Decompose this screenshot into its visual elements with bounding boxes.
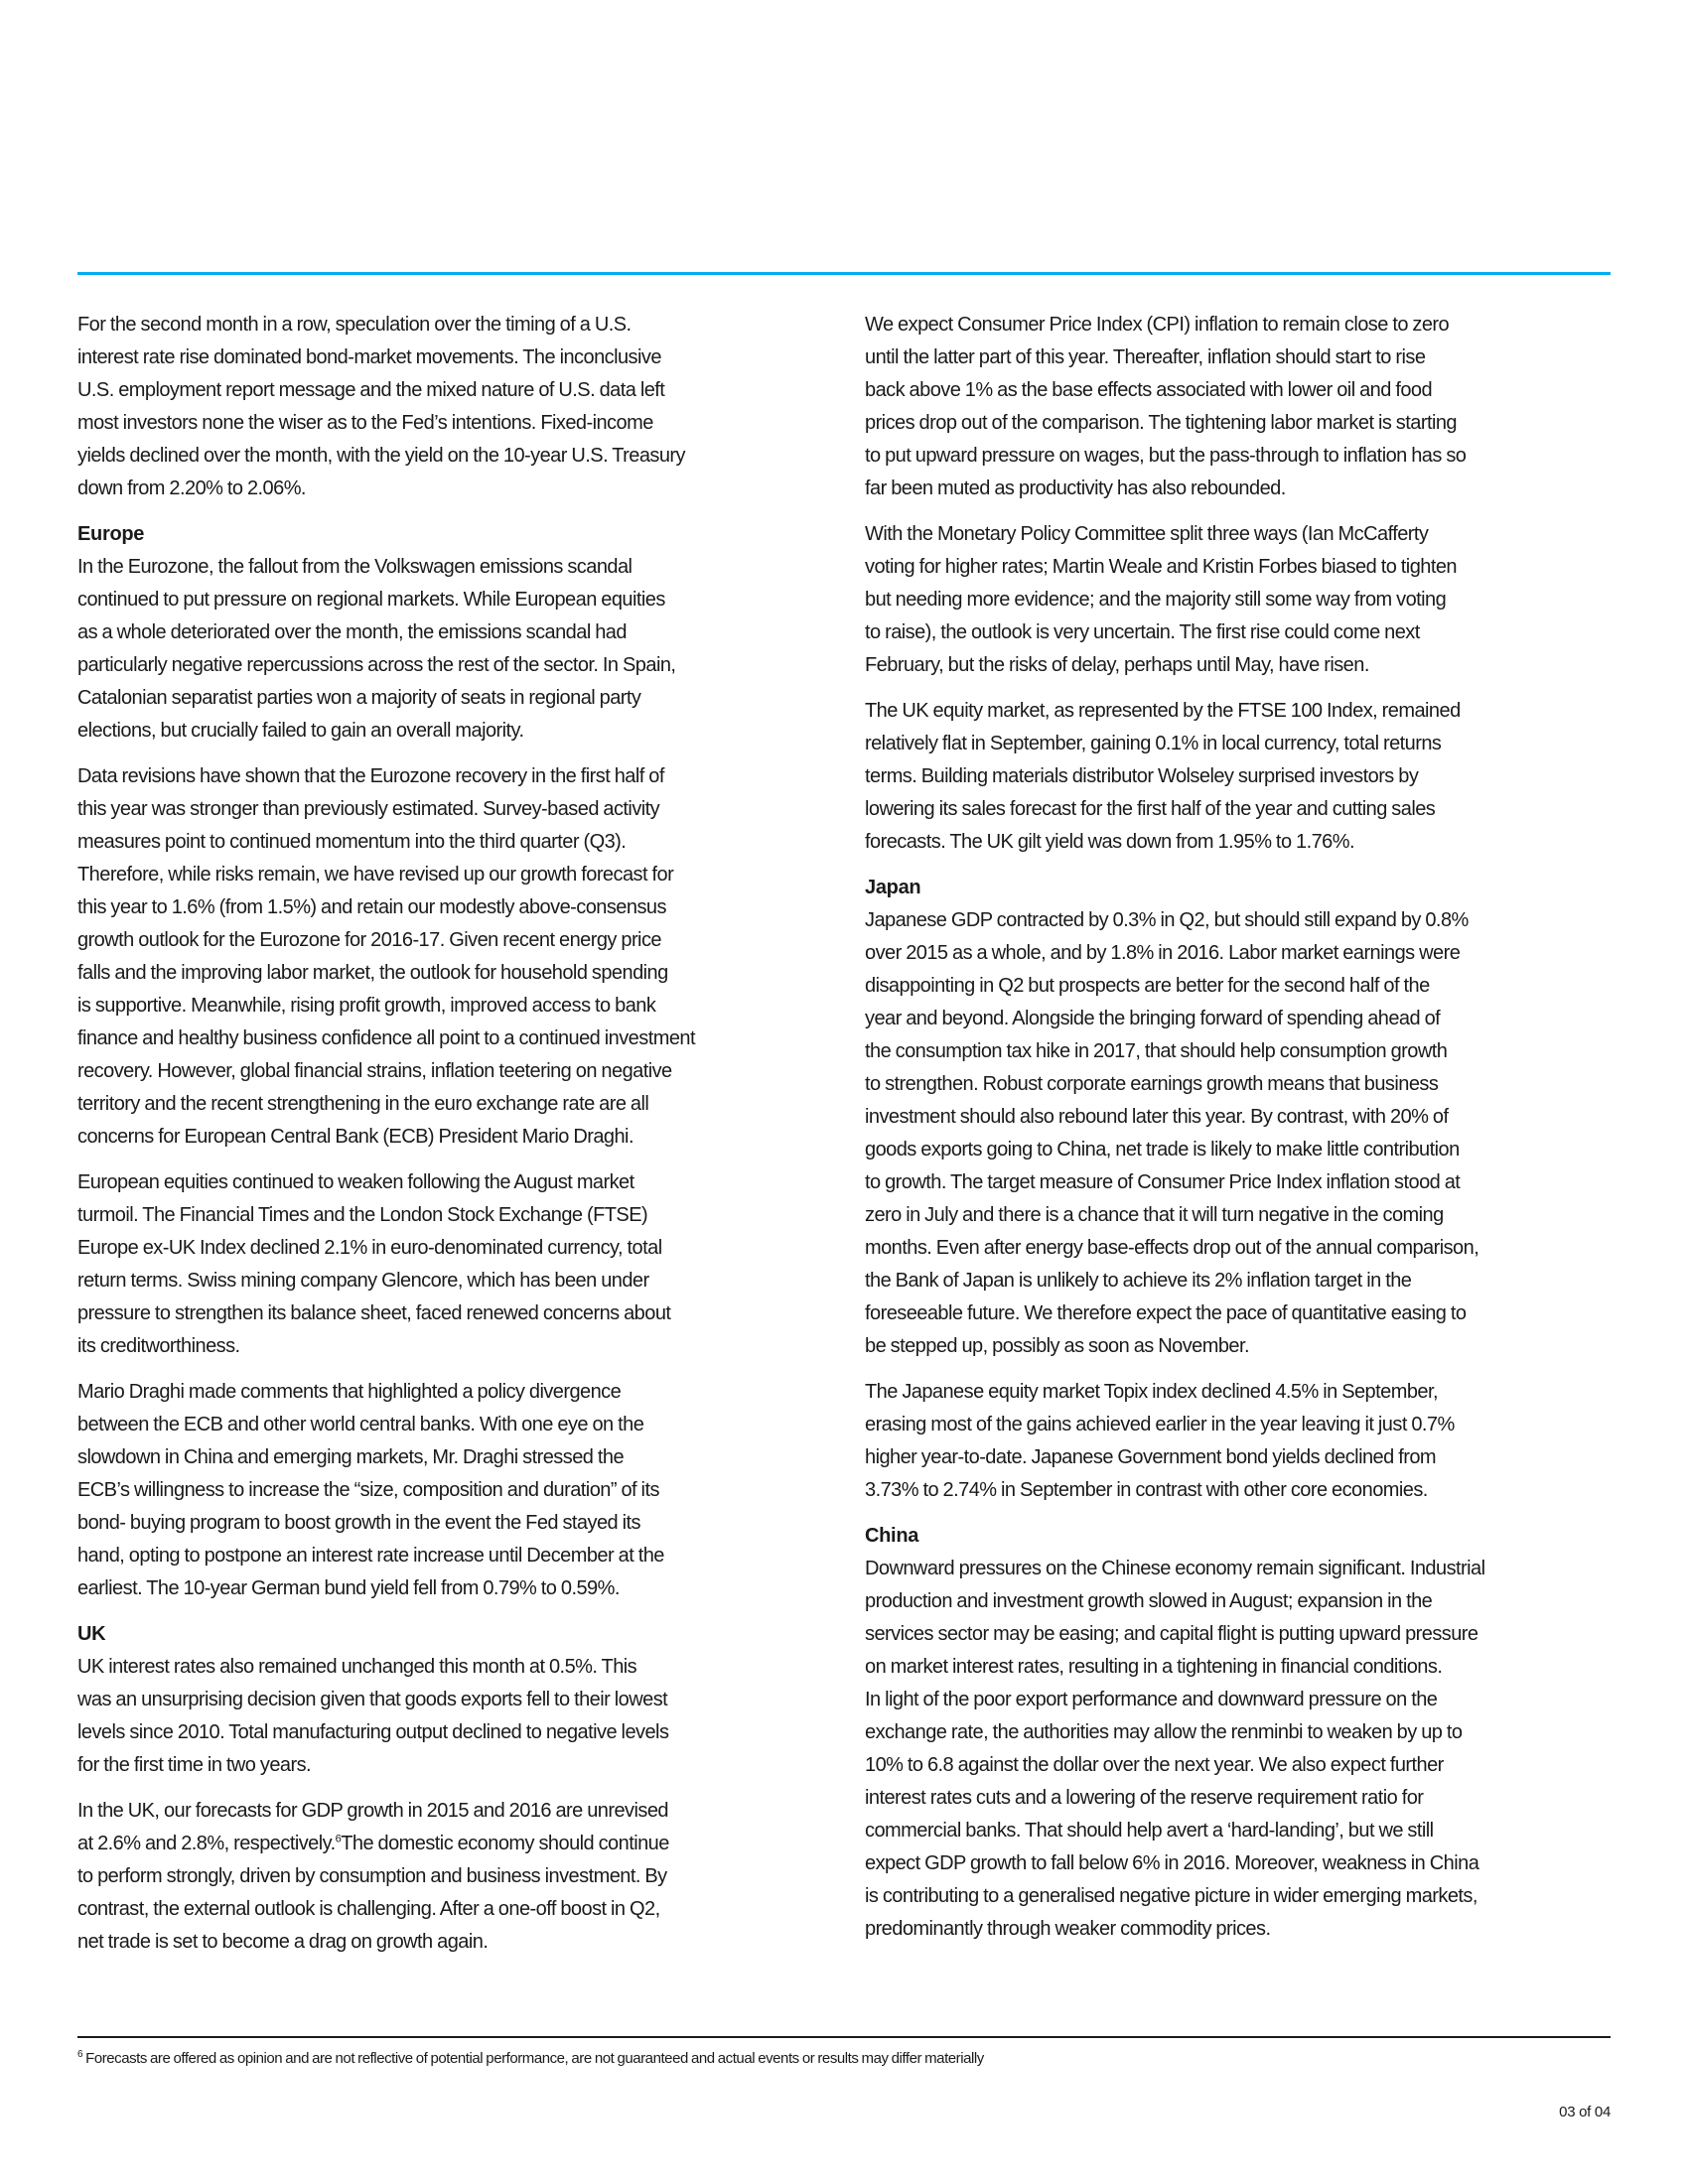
text-line: turmoil. The Financial Times and the Lon… xyxy=(77,1199,824,1232)
europe-paragraph-2: Data revisions have shown that the Euroz… xyxy=(77,760,824,1154)
footnote-divider xyxy=(77,2036,1611,2038)
text-line: for the first time in two years. xyxy=(77,1749,824,1782)
text-line: is supportive. Meanwhile, rising profit … xyxy=(77,990,824,1023)
intro-paragraph: For the second month in a row, speculati… xyxy=(77,309,824,505)
text-line: In light of the poor export performance … xyxy=(865,1684,1612,1716)
uk-paragraph-2: In the UK, our forecasts for GDP growth … xyxy=(77,1795,824,1959)
text-line: continued to put pressure on regional ma… xyxy=(77,584,824,616)
text-line: exchange rate, the authorities may allow… xyxy=(865,1716,1612,1749)
section-heading-japan: Japan xyxy=(865,872,1612,904)
text-line: hand, opting to postpone an interest rat… xyxy=(77,1540,824,1572)
uk-paragraph-1: UK interest rates also remained unchange… xyxy=(77,1651,824,1782)
europe-paragraph-3: European equities continued to weaken fo… xyxy=(77,1166,824,1363)
text-line: the consumption tax hike in 2017, that s… xyxy=(865,1035,1612,1068)
text-line: particularly negative repercussions acro… xyxy=(77,649,824,682)
text-line: February, but the risks of delay, perhap… xyxy=(865,649,1612,682)
text-line: to put upward pressure on wages, but the… xyxy=(865,440,1612,473)
text-line: The Japanese equity market Topix index d… xyxy=(865,1376,1612,1409)
footnote: 6Forecasts are offered as opinion and ar… xyxy=(77,2049,984,2069)
text-line: ECB’s willingness to increase the “size,… xyxy=(77,1474,824,1507)
right-column: We expect Consumer Price Index (CPI) inf… xyxy=(865,309,1612,1959)
text-line: We expect Consumer Price Index (CPI) inf… xyxy=(865,309,1612,341)
text-line: Downward pressures on the Chinese econom… xyxy=(865,1553,1612,1585)
text-line: year and beyond. Alongside the bringing … xyxy=(865,1003,1612,1035)
text-line: down from 2.20% to 2.06%. xyxy=(77,473,824,505)
text-line: its creditworthiness. xyxy=(77,1330,824,1363)
text-line: concerns for European Central Bank (ECB)… xyxy=(77,1121,824,1154)
text-line: but needing more evidence; and the major… xyxy=(865,584,1612,616)
japan-paragraph-1: Japanese GDP contracted by 0.3% in Q2, b… xyxy=(865,904,1612,1363)
text-line: services sector may be easing; and capit… xyxy=(865,1618,1612,1651)
text-line: foreseeable future. We therefore expect … xyxy=(865,1297,1612,1330)
text-line: expect GDP growth to fall below 6% in 20… xyxy=(865,1847,1612,1880)
text-line: lowering its sales forecast for the firs… xyxy=(865,793,1612,826)
text-line: earliest. The 10-year German bund yield … xyxy=(77,1572,824,1605)
europe-paragraph-1: In the Eurozone, the fallout from the Vo… xyxy=(77,551,824,748)
text-line: For the second month in a row, speculati… xyxy=(77,309,824,341)
text-line: on market interest rates, resulting in a… xyxy=(865,1651,1612,1684)
header-accent-rule xyxy=(77,272,1611,275)
text-line: Catalonian separatist parties won a majo… xyxy=(77,682,824,715)
text-line: 3.73% to 2.74% in September in contrast … xyxy=(865,1474,1612,1507)
text-line: commercial banks. That should help avert… xyxy=(865,1815,1612,1847)
japan-paragraph-2: The Japanese equity market Topix index d… xyxy=(865,1376,1612,1507)
text-line: Europe ex-UK Index declined 2.1% in euro… xyxy=(77,1232,824,1265)
uk-paragraph-4: With the Monetary Policy Committee split… xyxy=(865,518,1612,682)
text-line: terms. Building materials distributor Wo… xyxy=(865,760,1612,793)
text-line: most investors none the wiser as to the … xyxy=(77,407,824,440)
text-line: Therefore, while risks remain, we have r… xyxy=(77,859,824,891)
text-line: In the Eurozone, the fallout from the Vo… xyxy=(77,551,824,584)
text-line: erasing most of the gains achieved earli… xyxy=(865,1409,1612,1441)
text-line: Data revisions have shown that the Euroz… xyxy=(77,760,824,793)
text-line: falls and the improving labor market, th… xyxy=(77,957,824,990)
text-line: this year was stronger than previously e… xyxy=(77,793,824,826)
text-line: between the ECB and other world central … xyxy=(77,1409,824,1441)
text-line: disappointing in Q2 but prospects are be… xyxy=(865,970,1612,1003)
text-line: to perform strongly, driven by consumpti… xyxy=(77,1860,824,1893)
text-line: over 2015 as a whole, and by 1.8% in 201… xyxy=(865,937,1612,970)
text-line: U.S. employment report message and the m… xyxy=(77,374,824,407)
text-line: 10% to 6.8 against the dollar over the n… xyxy=(865,1749,1612,1782)
text-run: at 2.6% and 2.8%, respectively. xyxy=(77,1833,336,1854)
text-line: until the latter part of this year. Ther… xyxy=(865,341,1612,374)
text-line: was an unsurprising decision given that … xyxy=(77,1684,824,1716)
text-line: goods exports going to China, net trade … xyxy=(865,1134,1612,1166)
text-line: relatively flat in September, gaining 0.… xyxy=(865,728,1612,760)
text-line: contrast, the external outlook is challe… xyxy=(77,1893,824,1926)
text-line: territory and the recent strengthening i… xyxy=(77,1088,824,1121)
text-line: finance and healthy business confidence … xyxy=(77,1023,824,1055)
text-line: interest rates cuts and a lowering of th… xyxy=(865,1782,1612,1815)
text-line: prices drop out of the comparison. The t… xyxy=(865,407,1612,440)
text-line: to raise), the outlook is very uncertain… xyxy=(865,616,1612,649)
left-column: For the second month in a row, speculati… xyxy=(77,309,824,1972)
text-line: is contributing to a generalised negativ… xyxy=(865,1880,1612,1913)
text-line: net trade is set to become a drag on gro… xyxy=(77,1926,824,1959)
text-line: UK interest rates also remained unchange… xyxy=(77,1651,824,1684)
text-line: Japanese GDP contracted by 0.3% in Q2, b… xyxy=(865,904,1612,937)
footnote-text: Forecasts are offered as opinion and are… xyxy=(85,2050,984,2067)
text-line: recovery. However, global financial stra… xyxy=(77,1055,824,1088)
text-line: pressure to strengthen its balance sheet… xyxy=(77,1297,824,1330)
page-number: 03 of 04 xyxy=(1559,2103,1611,2122)
section-heading-europe: Europe xyxy=(77,518,824,551)
text-line: elections, but crucially failed to gain … xyxy=(77,715,824,748)
text-line: months. Even after energy base-effects d… xyxy=(865,1232,1612,1265)
uk-paragraph-5: The UK equity market, as represented by … xyxy=(865,695,1612,859)
text-run: The domestic economy should continue xyxy=(341,1833,669,1854)
text-line: this year to 1.6% (from 1.5%) and retain… xyxy=(77,891,824,924)
uk-paragraph-3: We expect Consumer Price Index (CPI) inf… xyxy=(865,309,1612,505)
text-line: production and investment growth slowed … xyxy=(865,1585,1612,1618)
text-line: zero in July and there is a chance that … xyxy=(865,1199,1612,1232)
text-line: to growth. The target measure of Consume… xyxy=(865,1166,1612,1199)
china-paragraph-1: Downward pressures on the Chinese econom… xyxy=(865,1553,1612,1946)
text-line: at 2.6% and 2.8%, respectively.6The dome… xyxy=(77,1828,824,1860)
text-line: Mario Draghi made comments that highligh… xyxy=(77,1376,824,1409)
europe-paragraph-4: Mario Draghi made comments that highligh… xyxy=(77,1376,824,1605)
text-line: The UK equity market, as represented by … xyxy=(865,695,1612,728)
text-line: return terms. Swiss mining company Glenc… xyxy=(77,1265,824,1297)
text-line: growth outlook for the Eurozone for 2016… xyxy=(77,924,824,957)
text-line: measures point to continued momentum int… xyxy=(77,826,824,859)
text-line: higher year-to-date. Japanese Government… xyxy=(865,1441,1612,1474)
text-line: forecasts. The UK gilt yield was down fr… xyxy=(865,826,1612,859)
section-heading-uk: UK xyxy=(77,1618,824,1651)
section-heading-china: China xyxy=(865,1520,1612,1553)
text-line: In the UK, our forecasts for GDP growth … xyxy=(77,1795,824,1828)
text-line: the Bank of Japan is unlikely to achieve… xyxy=(865,1265,1612,1297)
text-line: voting for higher rates; Martin Weale an… xyxy=(865,551,1612,584)
text-line: be stepped up, possibly as soon as Novem… xyxy=(865,1330,1612,1363)
text-line: back above 1% as the base effects associ… xyxy=(865,374,1612,407)
text-line: interest rate rise dominated bond-market… xyxy=(77,341,824,374)
text-line: levels since 2010. Total manufacturing o… xyxy=(77,1716,824,1749)
text-line: bond- buying program to boost growth in … xyxy=(77,1507,824,1540)
text-line: investment should also rebound later thi… xyxy=(865,1101,1612,1134)
text-line: as a whole deteriorated over the month, … xyxy=(77,616,824,649)
footnote-mark: 6 xyxy=(77,2049,82,2060)
text-line: yields declined over the month, with the… xyxy=(77,440,824,473)
text-line: slowdown in China and emerging markets, … xyxy=(77,1441,824,1474)
text-line: predominantly through weaker commodity p… xyxy=(865,1913,1612,1946)
text-line: to strengthen. Robust corporate earnings… xyxy=(865,1068,1612,1101)
text-line: With the Monetary Policy Committee split… xyxy=(865,518,1612,551)
text-line: European equities continued to weaken fo… xyxy=(77,1166,824,1199)
text-line: far been muted as productivity has also … xyxy=(865,473,1612,505)
